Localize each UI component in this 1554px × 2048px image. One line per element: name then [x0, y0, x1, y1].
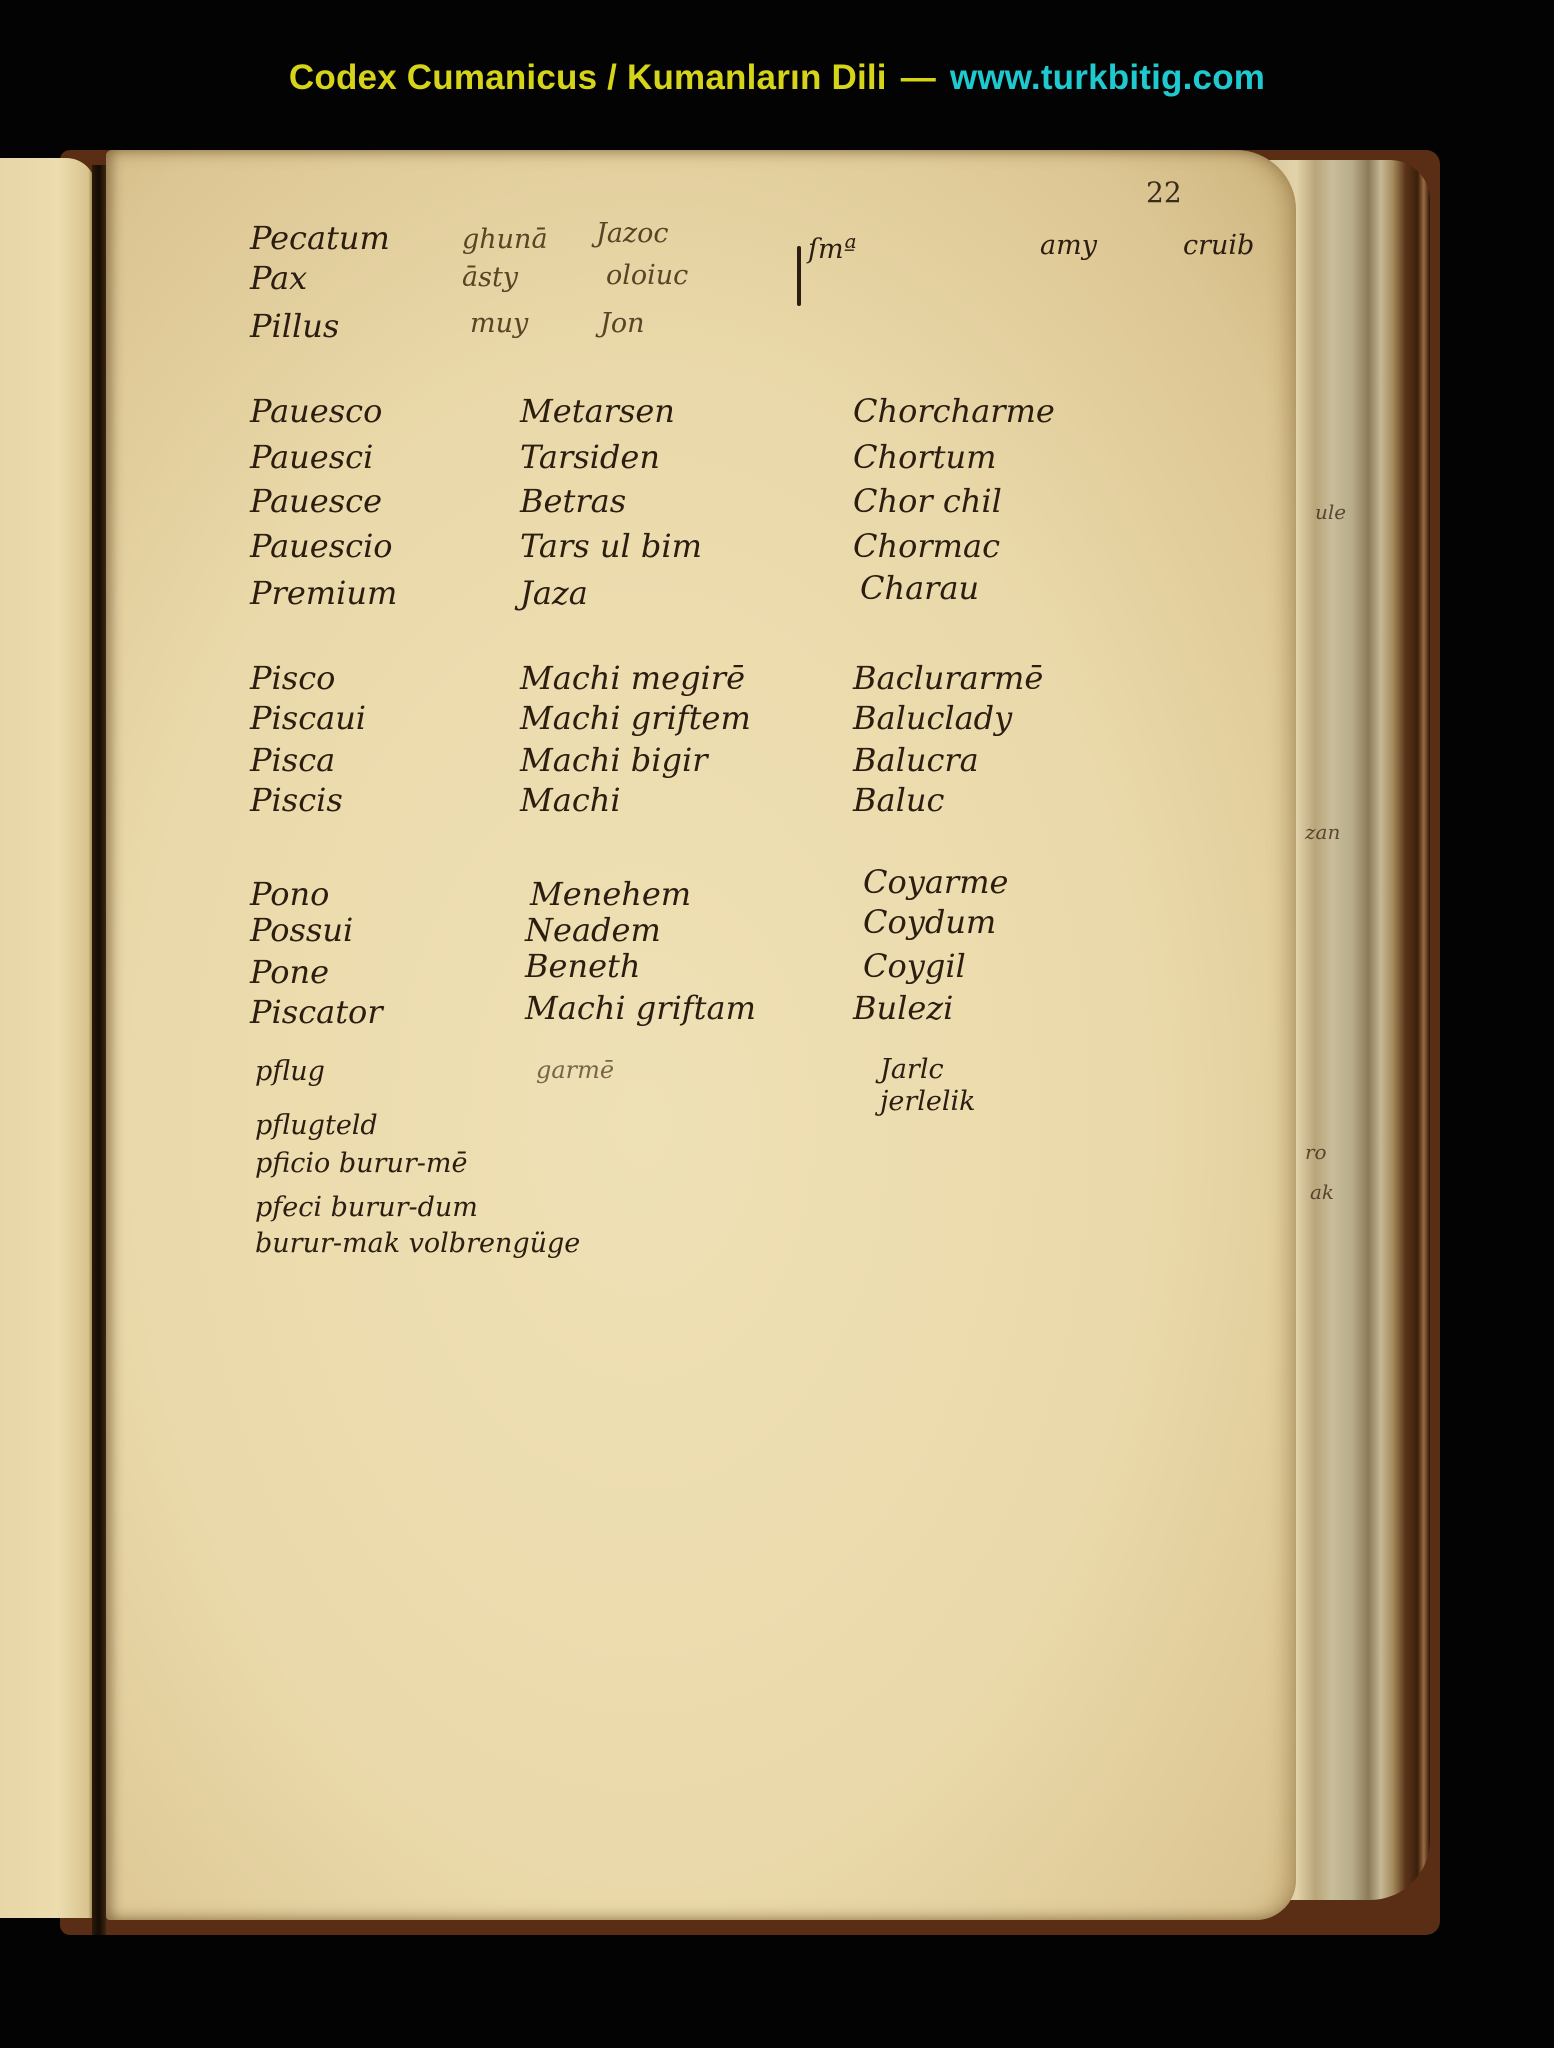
latin-word: Pone	[250, 956, 329, 988]
persian-word: Betras	[520, 485, 626, 517]
persian-word: Beneth	[525, 950, 640, 982]
cuman-word: Chortum	[853, 441, 996, 473]
cuman-word: Charau	[860, 572, 979, 604]
persian-word: Machi bigir	[520, 744, 708, 776]
cuman-word: Chorcharme	[853, 395, 1055, 427]
latin-word: Pauescio	[250, 530, 393, 562]
cuman-word: Balucra	[853, 744, 979, 776]
addition-line: pflugteld	[255, 1112, 378, 1139]
addition-line: pfeci burur-dum	[255, 1194, 478, 1221]
addition-right: jerlelik	[880, 1088, 976, 1115]
latin-word: Pillus	[250, 310, 339, 342]
addition-line: pflug	[255, 1058, 325, 1085]
latin-word: Pisca	[250, 744, 335, 776]
cuman-word: Baluclady	[853, 702, 1012, 734]
persian-word: Neadem	[525, 914, 661, 946]
cuman-word: Jon	[600, 310, 644, 337]
banner-url-link[interactable]: www.turkbitig.com	[950, 58, 1265, 97]
cuman-word: Coygil	[863, 950, 966, 982]
persian-word: Machi griftem	[520, 702, 751, 734]
persian-word: Tars ul bim	[520, 530, 702, 562]
cuman-word: Chormac	[853, 530, 1000, 562]
margin-fragment: ro	[1305, 1140, 1327, 1164]
margin-fragment: zan	[1305, 820, 1340, 844]
latin-word: Possui	[250, 914, 353, 946]
margin-fragment: ak	[1310, 1180, 1334, 1204]
addition-gloss: garmē	[536, 1058, 614, 1082]
persian-word: muy	[470, 310, 528, 337]
persian-word: Tarsiden	[520, 441, 660, 473]
title-banner: Codex Cumanicus / Kumanların Dili—www.tu…	[0, 58, 1554, 98]
cuman-word: Baluc	[853, 784, 944, 816]
persian-word: Metarsen	[520, 395, 675, 427]
note-word: cruib	[1183, 232, 1254, 259]
latin-word: Pisco	[250, 662, 335, 694]
cuman-word: Chor chil	[853, 485, 1002, 517]
latin-word: Piscator	[250, 996, 383, 1028]
cuman-word: Jazoc	[596, 220, 669, 247]
bracket-mark	[797, 246, 801, 306]
book-gutter	[92, 165, 106, 1935]
margin-fragment: ule	[1315, 500, 1346, 524]
cuman-word: Bulezi	[853, 992, 953, 1024]
addition-line: pficio burur-mē	[255, 1150, 467, 1177]
persian-word: Menehem	[530, 878, 691, 910]
persian-word: ghunā	[462, 226, 548, 253]
latin-word: Pauesce	[250, 485, 382, 517]
addition-right: Jarlc	[880, 1056, 944, 1083]
banner-title: Codex Cumanicus / Kumanların Dili	[289, 58, 887, 97]
facing-page-left	[0, 158, 96, 1918]
cuman-word: Baclurarmē	[853, 662, 1043, 694]
cuman-word: Coyarme	[863, 866, 1008, 898]
persian-word: Machi megirē	[520, 662, 745, 694]
latin-word: Piscis	[250, 784, 343, 816]
addition-line: burur-mak volbrengüge	[255, 1230, 580, 1257]
latin-word: Premium	[250, 577, 397, 609]
folio-number: 22	[1146, 176, 1182, 209]
persian-word: Machi	[520, 784, 621, 816]
cuman-word: oloiuc	[606, 262, 688, 289]
note-word: ſmª	[808, 236, 856, 263]
latin-word: Piscaui	[250, 702, 366, 734]
persian-word: āsty	[462, 264, 518, 291]
note-word: amy	[1040, 232, 1097, 259]
latin-word: Pax	[250, 262, 307, 294]
latin-word: Pecatum	[250, 222, 390, 254]
persian-word: Jaza	[520, 577, 588, 609]
cuman-word: Coydum	[863, 906, 996, 938]
latin-word: Pauesci	[250, 441, 373, 473]
persian-word: Machi griftam	[525, 992, 756, 1024]
latin-word: Pauesco	[250, 395, 382, 427]
banner-separator: —	[887, 58, 950, 97]
latin-word: Pono	[250, 878, 329, 910]
